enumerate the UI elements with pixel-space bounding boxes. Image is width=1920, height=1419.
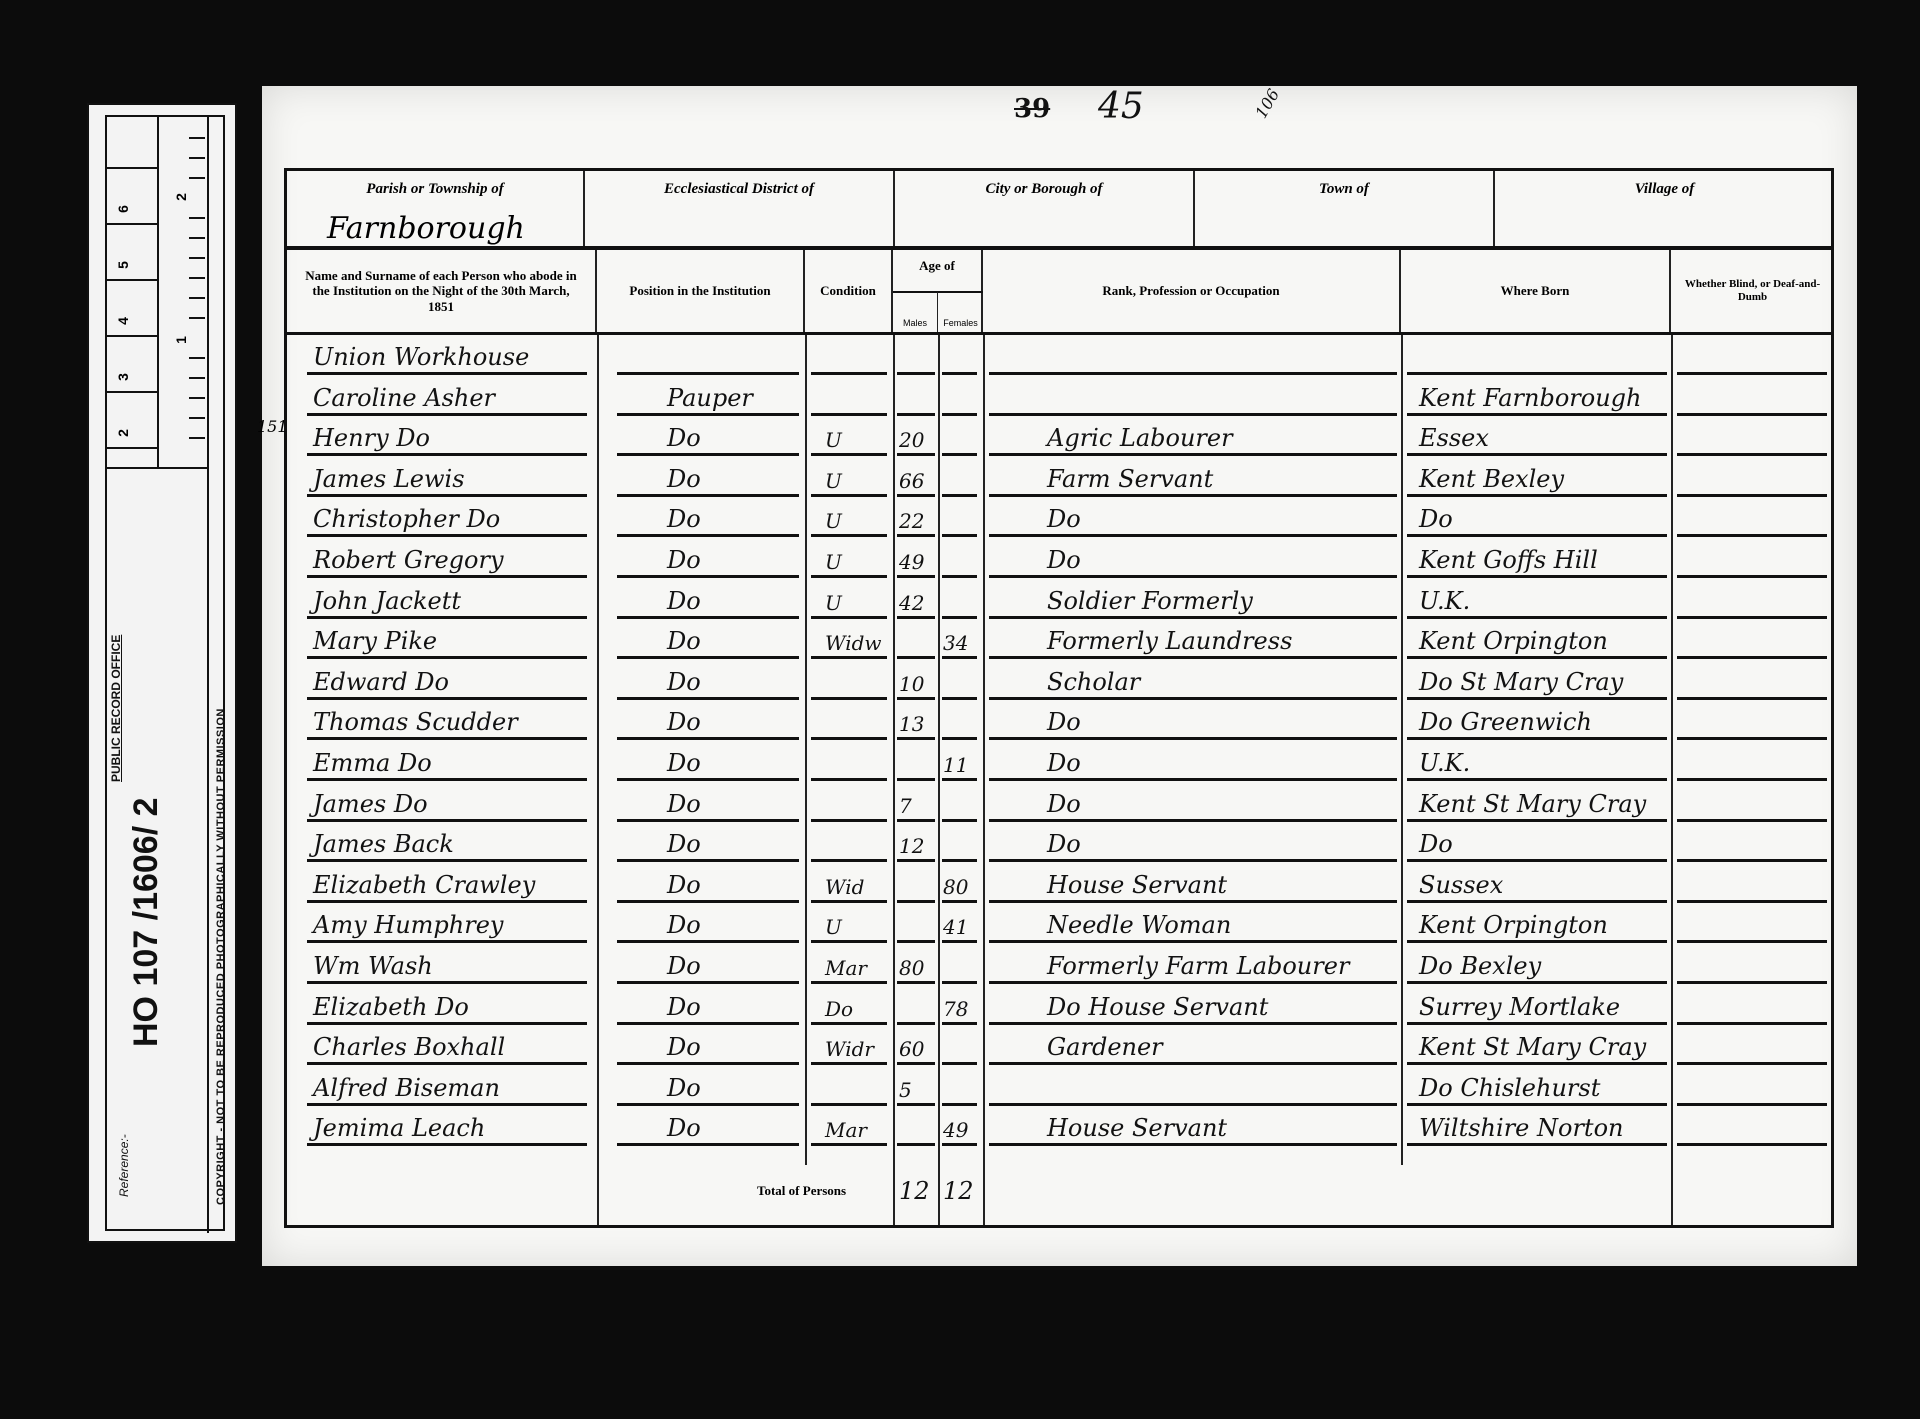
table-row: Elizabeth CrawleyDoWid80House ServantSus… (287, 863, 1831, 903)
where-born-cell: Kent St Mary Cray (1419, 1033, 1646, 1061)
name-cell: Charles Boxhall (313, 1033, 505, 1061)
where-born-cell: Do (1419, 830, 1453, 858)
age-female-cell: 49 (943, 1118, 968, 1142)
condition-cell: Widr (825, 1037, 874, 1061)
column-header-age-males: Males (893, 291, 938, 332)
where-born-cell: Wiltshire Norton (1419, 1114, 1623, 1142)
where-born-cell: Kent St Mary Cray (1419, 790, 1646, 818)
town-label: Town of (1195, 181, 1493, 198)
where-born-cell: Kent Goffs Hill (1419, 546, 1598, 574)
name-cell: James Back (313, 830, 454, 858)
column-header-blind-deaf: Whether Blind, or Deaf-and-Dumb (1671, 250, 1834, 332)
table-row: James BackDo12DoDo (287, 822, 1831, 862)
occupation-cell: Formerly Laundress (1047, 627, 1292, 655)
table-row: James DoDo7DoKent St Mary Cray (287, 782, 1831, 822)
total-males: 12 (899, 1177, 930, 1205)
village-label: Village of (1495, 181, 1834, 198)
condition-cell: U (825, 915, 842, 939)
age-female-cell: 78 (943, 997, 968, 1021)
ruler-label: 3 (115, 373, 131, 381)
position-cell: Do (667, 587, 701, 615)
occupation-cell: House Servant (1047, 1114, 1227, 1142)
occupation-cell: Agric Labourer (1047, 424, 1233, 452)
table-row: Amy HumphreyDoU41Needle WomanKent Orping… (287, 903, 1831, 943)
name-cell: Jemima Leach (313, 1114, 485, 1142)
town-cell: Town of (1195, 171, 1495, 246)
ecclesiastical-cell: Ecclesiastical District of (585, 171, 895, 246)
name-cell: Caroline Asher (313, 384, 495, 412)
occupation-cell: Needle Woman (1047, 911, 1231, 939)
condition-cell: Mar (825, 956, 867, 980)
occupation-cell: Formerly Farm Labourer (1047, 952, 1349, 980)
occupation-cell: Do (1047, 546, 1081, 574)
occupation-cell: House Servant (1047, 871, 1227, 899)
age-female-cell: 80 (943, 875, 968, 899)
occupation-cell: Do (1047, 505, 1081, 533)
name-cell: James Do (313, 790, 428, 818)
where-born-cell: Do Greenwich (1419, 708, 1592, 736)
parish-label: Parish or Township of (287, 181, 583, 198)
city-cell: City or Borough of (895, 171, 1195, 246)
position-cell: Do (667, 465, 701, 493)
where-born-cell: Kent Bexley (1419, 465, 1564, 493)
column-header-name: Name and Surname of each Person who abod… (287, 250, 597, 332)
table-row: Jemima LeachDoMar49House ServantWiltshir… (287, 1106, 1831, 1146)
name-cell: Mary Pike (313, 627, 437, 655)
where-born-cell: Kent Orpington (1419, 627, 1608, 655)
position-cell: Do (667, 911, 701, 939)
name-cell: Elizabeth Do (313, 993, 469, 1021)
ruler-label: 4 (115, 317, 131, 325)
table-row: John JackettDoU42Soldier FormerlyU.K. (287, 579, 1831, 619)
table-row: Caroline AsherPauperKent Farnborough (287, 376, 1831, 416)
age-male-cell: 66 (899, 469, 924, 493)
parish-cell: Parish or Township of Farnborough (287, 171, 585, 246)
condition-cell: U (825, 469, 842, 493)
condition-cell: U (825, 550, 842, 574)
position-cell: Do (667, 1114, 701, 1142)
position-cell: Do (667, 424, 701, 452)
name-cell: Amy Humphrey (313, 911, 503, 939)
age-female-cell: 11 (943, 753, 968, 777)
name-cell: Henry Do (313, 424, 430, 452)
occupation-cell: Farm Servant (1047, 465, 1213, 493)
where-born-cell: Do St Mary Cray (1419, 668, 1623, 696)
column-header-age-females: Females (938, 291, 983, 332)
age-male-cell: 60 (899, 1037, 924, 1061)
office-label: PUBLIC RECORD OFFICE (109, 635, 123, 782)
total-females: 12 (943, 1177, 974, 1205)
position-cell: Do (667, 790, 701, 818)
name-cell: Thomas Scudder (313, 708, 518, 736)
where-born-cell: Essex (1419, 424, 1489, 452)
parish-value: Farnborough (327, 211, 525, 246)
position-cell: Do (667, 668, 701, 696)
name-cell: Elizabeth Crawley (313, 871, 535, 899)
schedule-number: 151 (257, 417, 288, 436)
condition-cell: Mar (825, 1118, 867, 1142)
position-cell: Do (667, 993, 701, 1021)
where-born-cell: U.K. (1419, 587, 1470, 615)
where-born-cell: Surrey Mortlake (1419, 993, 1620, 1021)
condition-cell: Wid (825, 875, 864, 899)
city-label: City or Borough of (895, 181, 1193, 198)
position-cell: Pauper (667, 384, 753, 412)
ruler-inch: 2 1 (159, 117, 207, 469)
reference-number: HO 107 /1606/ 2 (127, 797, 166, 1047)
age-male-cell: 10 (899, 672, 924, 696)
column-header-condition: Condition (805, 250, 893, 332)
table-row: Charles BoxhallDoWidr60GardenerKent St M… (287, 1025, 1831, 1065)
folio-small: 106 (1251, 86, 1283, 122)
table-row: Edward DoDo10ScholarDo St Mary Cray (287, 660, 1831, 700)
ruler-label: 2 (173, 193, 189, 201)
age-male-cell: 49 (899, 550, 924, 574)
age-male-cell: 22 (899, 509, 924, 533)
occupation-cell: Do House Servant (1047, 993, 1268, 1021)
table-row: Christopher DoDoU22DoDo (287, 497, 1831, 537)
position-cell: Do (667, 708, 701, 736)
position-cell: Do (667, 749, 701, 777)
condition-cell: Do (825, 997, 853, 1021)
name-cell: Alfred Biseman (313, 1074, 500, 1102)
total-label: Total of Persons (757, 1183, 846, 1199)
reference-label: Reference:- (117, 1134, 131, 1197)
table-row: Thomas ScudderDo13DoDo Greenwich (287, 700, 1831, 740)
condition-cell: U (825, 428, 842, 452)
village-cell: Village of (1495, 171, 1834, 246)
occupation-cell: Do (1047, 830, 1081, 858)
name-cell: Christopher Do (313, 505, 500, 533)
age-female-cell: 34 (943, 631, 968, 655)
age-female-cell: 41 (943, 915, 968, 939)
where-born-cell: Kent Farnborough (1419, 384, 1642, 412)
reference-strip: 6 5 4 3 2 2 1 PUBLIC RECORD OFFICE HO 10… (87, 103, 237, 1243)
age-male-cell: 5 (899, 1078, 912, 1102)
census-page: 39 45 106 Parish or Township of Farnboro… (262, 86, 1857, 1266)
name-cell: Edward Do (313, 668, 449, 696)
table-row: Union Workhouse (287, 335, 1831, 375)
struck-folio-number: 39 (1014, 94, 1050, 124)
name-cell: Wm Wash (313, 952, 433, 980)
ecclesiastical-label: Ecclesiastical District of (585, 181, 893, 198)
table-row: Elizabeth DoDoDo78Do House ServantSurrey… (287, 985, 1831, 1025)
position-cell: Do (667, 830, 701, 858)
copyright-notice: COPYRIGHT - NOT TO BE REPRODUCED PHOTOGR… (215, 708, 227, 1205)
age-male-cell: 20 (899, 428, 924, 452)
occupation-cell: Do (1047, 749, 1081, 777)
occupation-cell: Soldier Formerly (1047, 587, 1253, 615)
table-row: Emma DoDo11DoU.K. (287, 741, 1831, 781)
where-born-cell: Sussex (1419, 871, 1503, 899)
where-born-cell: U.K. (1419, 749, 1470, 777)
occupation-cell: Do (1047, 708, 1081, 736)
table-row: Mary PikeDoWidw34Formerly LaundressKent … (287, 619, 1831, 659)
where-born-cell: Do Bexley (1419, 952, 1541, 980)
condition-cell: U (825, 509, 842, 533)
column-header-where-born: Where Born (1401, 250, 1671, 332)
age-male-cell: 80 (899, 956, 924, 980)
table-row: Henry DoDoU20Agric LabourerEssex (287, 416, 1831, 456)
position-cell: Do (667, 505, 701, 533)
ruler-label: 5 (115, 261, 131, 269)
occupation-cell: Scholar (1047, 668, 1140, 696)
position-cell: Do (667, 952, 701, 980)
name-cell: Robert Gregory (313, 546, 504, 574)
ruler-cm: 6 5 4 3 2 (107, 117, 159, 469)
occupation-cell: Gardener (1047, 1033, 1163, 1061)
table-row: Robert GregoryDoU49DoKent Goffs Hill (287, 538, 1831, 578)
page-number: 45 (1098, 86, 1144, 127)
condition-cell: Widw (825, 631, 882, 655)
place-header: Parish or Township of Farnborough Eccles… (287, 171, 1831, 250)
census-form: Parish or Township of Farnborough Eccles… (284, 168, 1834, 1228)
name-cell: Union Workhouse (313, 343, 529, 371)
position-cell: Do (667, 871, 701, 899)
occupation-cell: Do (1047, 790, 1081, 818)
column-header-occupation: Rank, Profession or Occupation (983, 250, 1401, 332)
position-cell: Do (667, 1074, 701, 1102)
name-cell: John Jackett (313, 587, 461, 615)
name-cell: James Lewis (313, 465, 465, 493)
position-cell: Do (667, 546, 701, 574)
table-row: Alfred BisemanDo5Do Chislehurst (287, 1066, 1831, 1106)
ruler-label: 2 (115, 429, 131, 437)
where-born-cell: Do Chislehurst (1419, 1074, 1600, 1102)
age-male-cell: 7 (899, 794, 912, 818)
condition-cell: U (825, 591, 842, 615)
where-born-cell: Do (1419, 505, 1453, 533)
position-cell: Do (667, 627, 701, 655)
where-born-cell: Kent Orpington (1419, 911, 1608, 939)
table-row: James LewisDoU66Farm ServantKent Bexley (287, 457, 1831, 497)
age-male-cell: 12 (899, 834, 924, 858)
column-header-position: Position in the Institution (597, 250, 805, 332)
ruler-label: 1 (173, 336, 189, 344)
age-male-cell: 13 (899, 712, 924, 736)
ruler-label: 6 (115, 205, 131, 213)
age-male-cell: 42 (899, 591, 924, 615)
name-cell: Emma Do (313, 749, 432, 777)
position-cell: Do (667, 1033, 701, 1061)
table-row: Wm WashDoMar80Formerly Farm LabourerDo B… (287, 944, 1831, 984)
